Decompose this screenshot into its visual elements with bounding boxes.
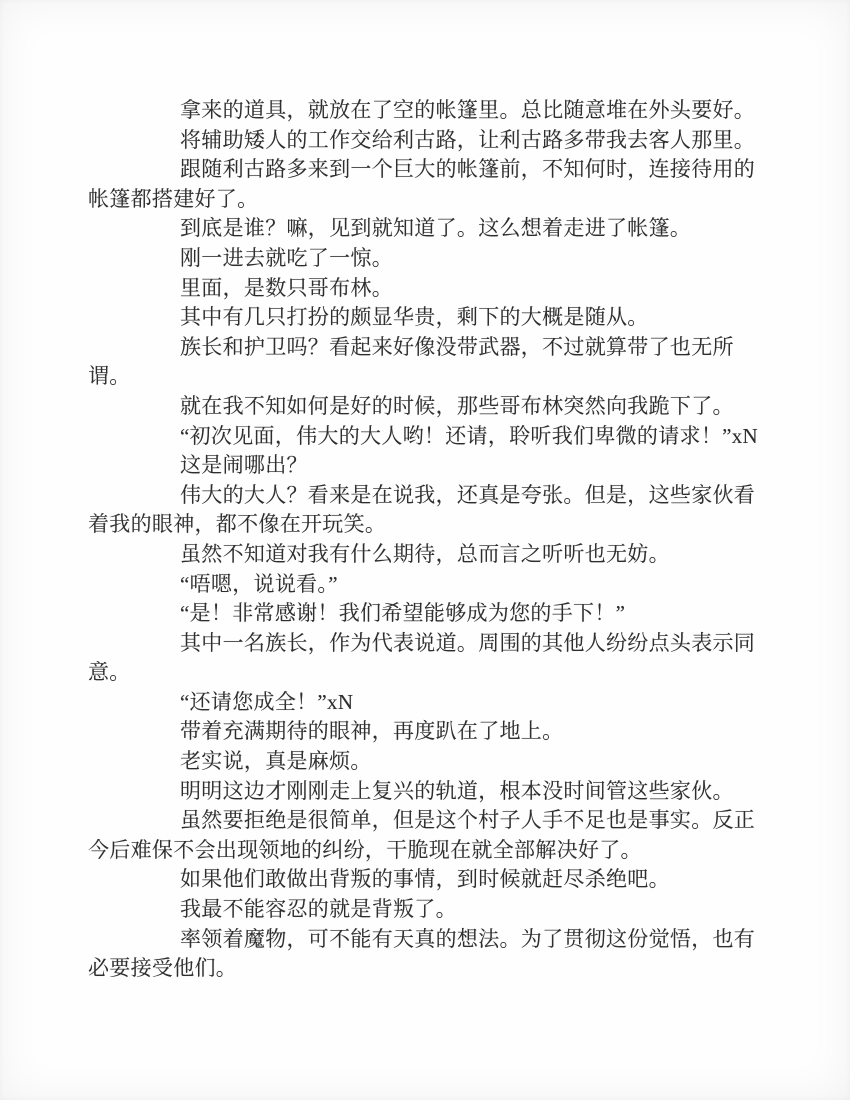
text-line: 里面，是数只哥布林。 [88,274,763,304]
text-line: 族长和护卫吗？看起来好像没带武器，不过就算带了也无所 [88,333,763,363]
text-line: 意。 [88,658,763,688]
text-line: 如果他们敢做出背叛的事情，到时候就赶尽杀绝吧。 [88,865,763,895]
text-line: 就在我不知如何是好的时候，那些哥布林突然向我跪下了。 [88,392,763,422]
text-line: “还请您成全！”xN [88,688,763,718]
text-line: 伟大的大人？看来是在说我，还真是夸张。但是，这些家伙看 [88,481,763,511]
text-line: 其中一名族长，作为代表说道。周围的其他人纷纷点头表示同 [88,629,763,659]
text-line: 虽然不知道对我有什么期待，总而言之听听也无妨。 [88,540,763,570]
text-line: 到底是谁？嘛，见到就知道了。这么想着走进了帐篷。 [88,214,763,244]
text-line: 这是闹哪出？ [88,451,763,481]
text-line: 其中有几只打扮的颇显华贵，剩下的大概是随从。 [88,303,763,333]
text-line: 带着充满期待的眼神，再度趴在了地上。 [88,717,763,747]
text-line: 率领着魔物，可不能有天真的想法。为了贯彻这份觉悟，也有 [88,925,763,955]
text-line: 谓。 [88,362,763,392]
text-line: 老实说，真是麻烦。 [88,747,763,777]
text-line: 我最不能容忍的就是背叛了。 [88,895,763,925]
text-line: 帐篷都搭建好了。 [88,185,763,215]
text-line: “是！非常感谢！我们希望能够成为您的手下！” [88,599,763,629]
text-line: 着我的眼神，都不像在开玩笑。 [88,510,763,540]
text-line: 虽然要拒绝是很简单，但是这个村子人手不足也是事实。反正 [88,806,763,836]
text-line: 跟随利古路多来到一个巨大的帐篷前，不知何时，连接待用的 [88,155,763,185]
text-line: 今后难保不会出现领地的纠纷，干脆现在就全部解决好了。 [88,836,763,866]
document-page: 拿来的道具，就放在了空的帐篷里。总比随意堆在外头要好。将辅助矮人的工作交给利古路… [0,0,850,1100]
text-line: 必要接受他们。 [88,954,763,984]
text-line: “唔嗯，说说看。” [88,570,763,600]
text-line: “初次见面，伟大的大人哟！还请，聆听我们卑微的请求！”xN [88,422,763,452]
text-line: 刚一进去就吃了一惊。 [88,244,763,274]
text-line: 明明这边才刚刚走上复兴的轨道，根本没时间管这些家伙。 [88,777,763,807]
text-line: 拿来的道具，就放在了空的帐篷里。总比随意堆在外头要好。 [88,96,763,126]
document-text: 拿来的道具，就放在了空的帐篷里。总比随意堆在外头要好。将辅助矮人的工作交给利古路… [88,96,763,984]
text-line: 将辅助矮人的工作交给利古路，让利古路多带我去客人那里。 [88,126,763,156]
